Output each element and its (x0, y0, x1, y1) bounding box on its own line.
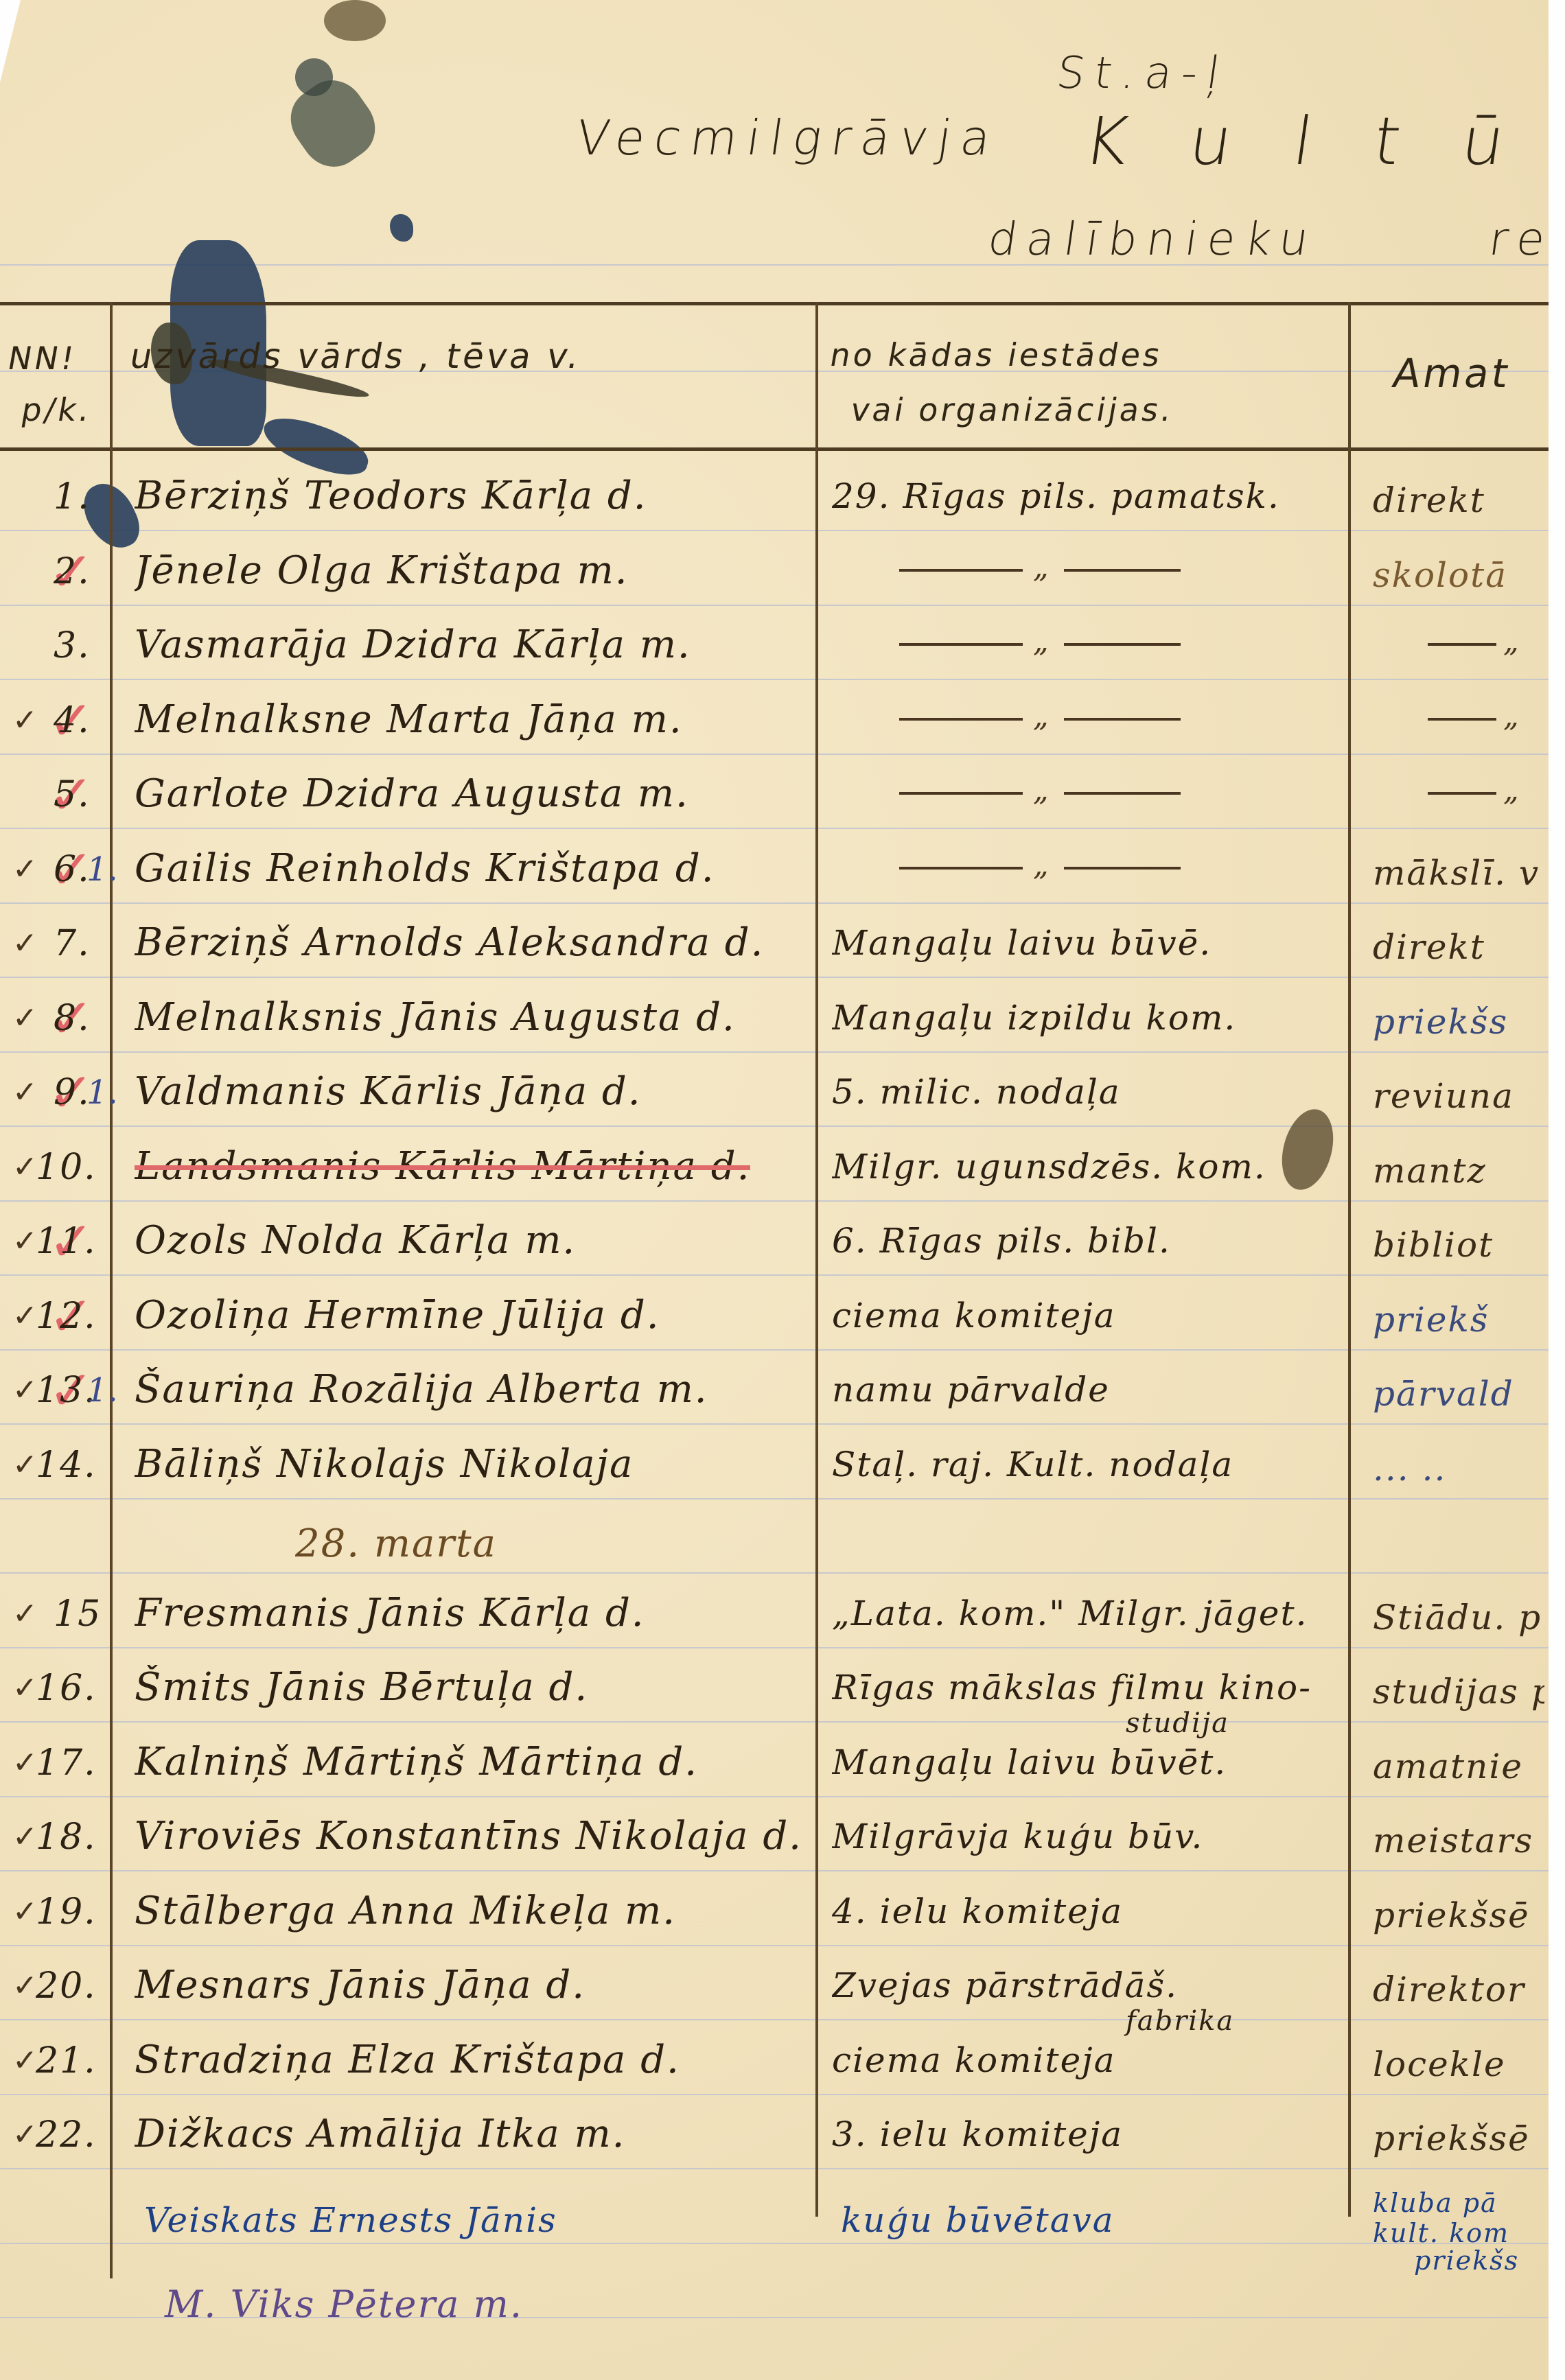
ink-blot (257, 410, 375, 483)
check-mark-icon: ✓ (12, 1150, 38, 1185)
position: priekšsē (1373, 1895, 1544, 1935)
ruled-line (0, 2019, 1549, 2020)
position: skolotā (1373, 555, 1544, 595)
ruled-line (0, 2094, 1549, 2095)
check-mark-icon: ✓ (12, 1001, 38, 1036)
ink-stain (279, 68, 388, 178)
margin-mark: 1. (86, 1371, 118, 1410)
position: direktor (1373, 1970, 1544, 2009)
column-divider-1 (110, 302, 113, 2278)
ruled-line (0, 1945, 1549, 1946)
ruled-line (0, 828, 1549, 829)
position: mākslī. v (1373, 853, 1544, 893)
title-line-2-left: Vecmilgrāvja (572, 110, 1004, 166)
organization: 29. Rīgas pils. pamatsk. (832, 476, 1280, 516)
ruled-line (0, 1572, 1549, 1574)
row-number: 5. (54, 774, 91, 815)
organization: Mangaļu laivu būvēt. (832, 1742, 1227, 1782)
participant-name: Bāliņš Nikolajs Nikolaja (135, 1442, 634, 1486)
table-top-border (0, 302, 1549, 305)
column-divider-3 (1348, 302, 1351, 2217)
participant-name: Šauriņa Rozālija Alberta m. (135, 1367, 708, 1412)
title-line-3-right: re (1486, 213, 1558, 266)
organization-sub: fabrika (1126, 2005, 1234, 2037)
participant-name: Stradziņa Elza Krištapa d. (135, 2038, 680, 2082)
row-number: 18. (36, 1817, 97, 1858)
header-name: uzvārds vārds , tēva v. (127, 336, 585, 376)
row-number: 16. (36, 1668, 97, 1709)
ruled-line (0, 1498, 1549, 1500)
check-mark-icon: ✓ (12, 2117, 38, 2152)
check-mark-icon: ✓ (12, 1075, 38, 1110)
ruled-line (0, 679, 1549, 680)
participant-name: Gailis Reinholds Krištapa d. (135, 846, 715, 891)
row-number: 9. (54, 1072, 91, 1113)
ruled-line (0, 1274, 1549, 1276)
position: priekšs (1373, 1002, 1544, 1042)
margin-mark: 1. (86, 850, 118, 889)
ruled-line (0, 1796, 1549, 1797)
participant-name: Vasmarāja Dzidra Kārļa m. (135, 622, 691, 667)
row-number: 22. (36, 2114, 97, 2156)
header-org-line2: vai organizācijas. (848, 391, 1177, 428)
participant-name: Bērziņš Teodors Kārļa d. (135, 474, 647, 518)
position: reviuna (1373, 1076, 1544, 1116)
row-number: 3. (54, 625, 91, 666)
position: studijas p (1373, 1672, 1544, 1712)
row-number: 17. (36, 1742, 97, 1784)
position: pārvald (1373, 1374, 1544, 1414)
row-number: 6. (54, 849, 91, 890)
organization: 6. Rīgas pils. bibl. (832, 1221, 1171, 1261)
ink-stain (324, 0, 386, 41)
organization: ciema komiteja (832, 1296, 1116, 1335)
row-number: 15 (54, 1594, 102, 1635)
row-number: 11. (36, 1221, 97, 1262)
added-participant-name: M. Viks Pētera m. (165, 2283, 523, 2326)
ruled-line (0, 754, 1549, 755)
row-number: 7. (54, 923, 91, 964)
title-line-3-left: dalībnieku (985, 213, 1322, 266)
ruled-line (0, 1647, 1549, 1648)
position: direkt (1373, 480, 1544, 520)
organization: Staļ. raj. Kult. nodaļa (832, 1445, 1233, 1484)
participant-name: Stālberga Anna Mikeļa m. (135, 1889, 676, 1933)
position: Stiādu. pr (1373, 1598, 1544, 1637)
row-number: 12. (36, 1296, 97, 1337)
participant-name: Melnalksnis Jānis Augusta d. (135, 995, 736, 1040)
row-number: 8. (54, 998, 91, 1039)
date-note: 28. marta (295, 1521, 497, 1566)
organization: Milgr. ugunsdzēs. kom. (832, 1147, 1266, 1187)
organization: „Lata. kom." Milgr. jāget. (832, 1594, 1308, 1633)
title-line-2-right: K u l t ū (1079, 103, 1530, 180)
ruled-line (0, 2243, 1549, 2244)
title-line-1: St.a-ļ (1054, 48, 1233, 99)
ruled-line (0, 902, 1549, 904)
organization: Zvejas pārstrādāš. (832, 1965, 1178, 2005)
participant-name: Garlote Dzidra Augusta m. (135, 771, 689, 816)
check-mark-icon: ✓ (12, 1894, 38, 1929)
ruled-line (0, 1870, 1549, 1871)
organization: Rīgas mākslas filmu kino- (832, 1668, 1312, 1707)
added-organization: kuģu būvētava (841, 2200, 1115, 2240)
header-bottom-border (0, 447, 1549, 451)
check-mark-icon: ✓ (12, 703, 38, 738)
position: meistars (1373, 1821, 1544, 1860)
participant-name: Viroviēs Konstantīns Nikolaja d. (135, 1814, 802, 1858)
ruled-line (0, 1349, 1549, 1351)
participant-name: Landsmanis Kārlis Mārtiņa d. (135, 1144, 750, 1189)
check-mark-icon: ✓ (12, 1224, 38, 1259)
check-mark-icon: ✓ (12, 1670, 38, 1705)
position: bibliot (1373, 1225, 1544, 1265)
ruled-line (0, 1721, 1549, 1723)
position: priekšsē (1373, 2119, 1544, 2158)
check-mark-icon: ✓ (12, 1596, 38, 1631)
ruled-line (0, 977, 1549, 978)
check-mark-icon: ✓ (12, 926, 38, 961)
participant-name: Ozoliņa Hermīne Jūlija d. (135, 1293, 660, 1338)
participant-name: Fresmanis Jānis Kārļa d. (135, 1591, 645, 1635)
organization: Mangaļu laivu būvē. (832, 923, 1212, 963)
organization: 3. ielu komiteja (832, 2114, 1123, 2154)
row-number: 20. (36, 1965, 97, 2007)
header-org-line1: no kādas iestādes (827, 336, 1166, 373)
organization: 4. ielu komiteja (832, 1891, 1123, 1931)
row-number: 2. (54, 551, 91, 592)
added-position: kult. kom (1373, 2218, 1544, 2248)
row-number: 4. (54, 700, 91, 741)
margin-mark: 1. (86, 1073, 118, 1112)
added-participant-name: Veiskats Ernests Jānis (144, 2200, 557, 2240)
check-mark-icon: ✓ (12, 1745, 38, 1780)
header-position: Amat (1389, 350, 1514, 397)
row-number: 19. (36, 1891, 97, 1933)
check-mark-icon: ✓ (12, 1447, 38, 1482)
ink-stain (1274, 1104, 1342, 1195)
ink-dot (390, 214, 413, 242)
ruled-line (0, 605, 1549, 606)
participant-name: Melnalksne Marta Jāņa m. (135, 697, 683, 742)
participant-name: Šmits Jānis Bērtuļa d. (135, 1665, 588, 1710)
position: locekle (1373, 2044, 1544, 2084)
header-number: NN! (5, 340, 80, 377)
participant-name: Kalniņš Mārtiņš Mārtiņa d. (135, 1740, 698, 1784)
position: direkt (1373, 927, 1544, 967)
position: priekš (1373, 1300, 1544, 1340)
column-divider-2 (815, 302, 818, 2217)
check-mark-icon: ✓ (12, 1968, 38, 2003)
participant-name: Dižkacs Amālija Itka m. (135, 2112, 625, 2156)
position: ... .. (1373, 1449, 1544, 1489)
added-position: priekšs (1414, 2245, 1551, 2276)
organization: 5. milic. nodaļa (832, 1072, 1121, 1112)
document-page: St.a-ļ Vecmilgrāvja K u l t ū dalībnieku… (0, 0, 1549, 2380)
participant-name: Valdmanis Kārlis Jāņa d. (135, 1069, 642, 1114)
check-mark-icon: ✓ (12, 852, 38, 887)
header-number-sub: p/k. (19, 391, 95, 428)
ruled-line (0, 1423, 1549, 1425)
ruled-line (0, 1200, 1549, 1202)
row-number: 21. (36, 2040, 97, 2081)
organization: namu pārvalde (832, 1370, 1110, 1410)
organization-sub: studija (1126, 1707, 1229, 1739)
row-number: 14. (36, 1445, 97, 1486)
participant-name: Jēnele Olga Krištapa m. (135, 548, 629, 593)
participant-name: Bērziņš Arnolds Aleksandra d. (135, 920, 764, 965)
position: amatnie (1373, 1747, 1544, 1786)
check-mark-icon: ✓ (12, 1298, 38, 1333)
check-mark-icon: ✓ (12, 1373, 38, 1408)
row-number: 10. (36, 1147, 97, 1188)
participant-name: Mesnars Jānis Jāņa d. (135, 1963, 586, 2007)
check-mark-icon: ✓ (12, 2043, 38, 2078)
ruled-line (0, 1051, 1549, 1053)
ruled-line (0, 530, 1549, 531)
organization: Mangaļu izpildu kom. (832, 998, 1236, 1038)
organization: Milgrāvja kuģu būv. (832, 1817, 1203, 1856)
check-mark-icon: ✓ (12, 1819, 38, 1854)
participant-name: Ozols Nolda Kārļa m. (135, 1218, 576, 1263)
row-number: 1. (54, 476, 91, 517)
organization: ciema komiteja (832, 2040, 1116, 2080)
position: mantz (1373, 1151, 1544, 1191)
ruled-line (0, 2168, 1549, 2169)
added-position: kluba pā (1373, 2188, 1544, 2218)
